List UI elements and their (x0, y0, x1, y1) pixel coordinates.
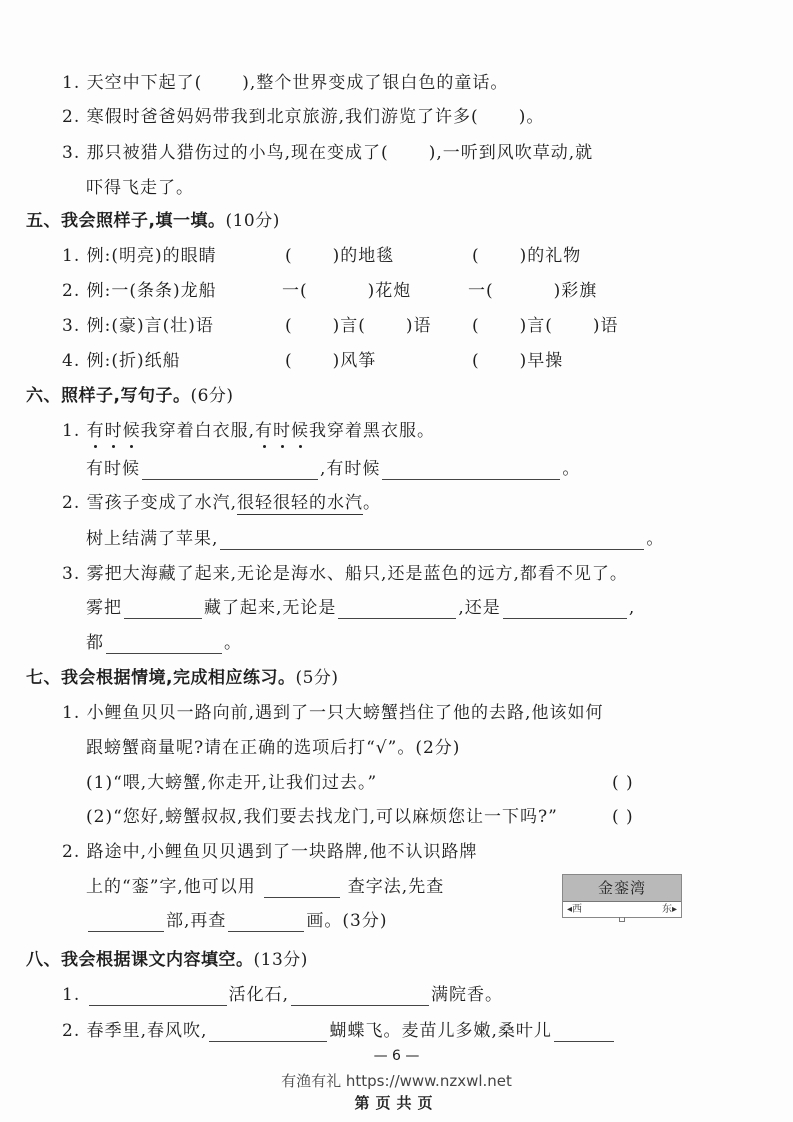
road-sign-name: 金銮湾 (563, 875, 681, 902)
page-info: 第页共页 (0, 1092, 793, 1113)
item-text: 我穿着黑衣服。 (309, 421, 435, 441)
part6-q3-answer-cont: 都。 (86, 632, 242, 654)
part5-row-2: 2. 例:一(条条)龙船 (62, 280, 217, 302)
emphasis-char: 时 (273, 420, 291, 442)
west-label: ◂西 (567, 902, 582, 917)
item-text: 查字法,先查 (348, 877, 444, 897)
watermark: 有渔有礼 https://www.nzxwl.net (0, 1070, 793, 1091)
part7-option-1: (1)“喂,大螃蟹,你走开,让我们过去。” (86, 772, 377, 794)
part5-row-2-b[interactable]: 一()彩旗 (468, 280, 597, 302)
item-text: 上的“銮”字,他可以用 (86, 877, 256, 897)
fill-text: )言( (333, 316, 366, 336)
fill-text: )语 (406, 316, 432, 336)
item-number: 2. (62, 107, 80, 127)
section-8-heading: 八、我会根据课文内容填空。(13分) (26, 949, 308, 971)
answer-line[interactable] (503, 600, 627, 619)
part7-option-2-checkbox[interactable]: ( ) (612, 806, 634, 828)
prompt-text: 都 (86, 633, 104, 653)
item-number: 2. (62, 493, 80, 513)
item-number: 1. (62, 73, 80, 93)
road-sign-directions: ◂西 东▸ (563, 902, 681, 917)
section-points: (13分) (254, 950, 308, 970)
item-text: 那只被猎人猎伤过的小鸟,现在变成了( (87, 143, 389, 163)
answer-line[interactable] (382, 461, 560, 480)
section-title: 五、我会照样子,填一填。 (26, 211, 225, 231)
part5-row-3: 3. 例:(豪)言(壮)语 (62, 315, 214, 337)
fill-text: )的礼物 (520, 246, 582, 266)
part7-q1-line2: 跟螃蟹商量呢?请在正确的选项后打“√”。(2分) (86, 737, 460, 759)
fill-text: )言( (520, 316, 553, 336)
part5-row-2-a[interactable]: 一()花炮 (282, 280, 411, 302)
item-text: 雪孩子变成了水汽, (87, 493, 237, 513)
prompt-text: 。 (646, 529, 664, 549)
item-number: 3. (62, 316, 80, 336)
fill-text: )早操 (520, 351, 564, 371)
section-title: 七、我会根据情境,完成相应练习。 (26, 668, 295, 688)
part5-row-3-a[interactable]: ()言()语 (285, 315, 432, 337)
item-text: 寒假时爸爸妈妈带我到北京旅游,我们游览了许多( (87, 107, 479, 127)
fill-text: )花炮 (368, 281, 412, 301)
part7-q2-line1: 2. 路途中,小鲤鱼贝贝遇到了一块路牌,他不认识路牌 (62, 841, 477, 863)
prompt-text: 树上结满了苹果, (86, 529, 218, 549)
section-5-heading: 五、我会照样子,填一填。(10分) (26, 210, 280, 232)
part7-option-2: (2)“您好,螃蟹叔叔,我们要去找龙门,可以麻烦您让一下吗?” (86, 806, 558, 828)
item-text: 。 (363, 493, 381, 513)
underlined-text: 很轻很轻的水汽 (237, 493, 363, 515)
emphasis-char: 候 (291, 420, 309, 442)
part5-row-3-b[interactable]: ()言()语 (472, 315, 619, 337)
page-number: — 6 — (0, 1048, 793, 1064)
emphasis-char: 有 (255, 420, 273, 442)
part6-q3-answer: 雾把藏了起来,无论是,还是, (86, 597, 635, 619)
item-text: 小鲤鱼贝贝一路向前,遇到了一只大螃蟹挡住了他的去路,他该如何 (87, 703, 604, 723)
example-text: 例:(豪)言(壮)语 (87, 316, 214, 336)
item-number: 3. (62, 143, 80, 163)
section-7-heading: 七、我会根据情境,完成相应练习。(5分) (26, 667, 339, 689)
part4-item-3: 3. 那只被猎人猎伤过的小鸟,现在变成了(),一听到风吹草动,就 (62, 142, 593, 164)
part6-q2: 2. 雪孩子变成了水汽,很轻很轻的水汽。 (62, 492, 381, 514)
answer-line[interactable] (209, 1023, 327, 1042)
answer-line[interactable] (291, 987, 429, 1006)
answer-line[interactable] (264, 879, 340, 898)
fill-text: )风筝 (333, 351, 377, 371)
example-text: 例:(明亮)的眼睛 (87, 246, 217, 266)
item-text: 满院香。 (431, 985, 503, 1005)
section-6-heading: 六、照样子,写句子。(6分) (26, 385, 234, 407)
item-text: 路途中,小鲤鱼贝贝遇到了一块路牌,他不认识路牌 (87, 842, 478, 862)
emphasis-char: 时 (105, 420, 123, 442)
item-number: 1. (62, 421, 80, 441)
fill-text: )语 (593, 316, 619, 336)
prompt-text: 藏了起来,无论是 (204, 598, 336, 618)
item-text: 天空中下起了( (87, 73, 203, 93)
example-text: 例:一(条条)龙船 (87, 281, 217, 301)
part8-q2: 2. 春季里,春风吹,蝴蝶飞。麦苗儿多嫩,桑叶儿 (62, 1020, 616, 1042)
part5-row-1-b[interactable]: ()的礼物 (472, 245, 581, 267)
prompt-text: 有时候 (86, 459, 140, 479)
answer-line[interactable] (554, 1023, 614, 1042)
prompt-text: , (629, 598, 635, 618)
answer-line[interactable] (220, 531, 644, 550)
part5-row-1: 1. 例:(明亮)的眼睛 (62, 245, 217, 267)
part6-q1-answer: 有时候,有时候。 (86, 458, 580, 480)
section-title: 六、照样子,写句子。 (26, 386, 190, 406)
prompt-text: 雾把 (86, 598, 122, 618)
item-text: )。 (519, 107, 545, 127)
section-points: (6分) (190, 386, 233, 406)
item-text: 画。(3分) (306, 911, 387, 931)
fill-text: 一( (468, 281, 494, 301)
part5-row-1-a[interactable]: ()的地毯 (285, 245, 394, 267)
item-text: 雾把大海藏了起来,无论是海水、船只,还是蓝色的远方,都看不见了。 (87, 564, 628, 584)
part4-item-2: 2. 寒假时爸爸妈妈带我到北京旅游,我们游览了许多()。 (62, 106, 544, 128)
part5-row-4-a[interactable]: ()风筝 (285, 350, 376, 372)
part7-q2-line3: 部,再查画。(3分) (86, 910, 388, 932)
answer-line[interactable] (89, 987, 227, 1006)
item-text: 蝴蝶飞。麦苗儿多嫩,桑叶儿 (329, 1021, 551, 1041)
part5-row-4: 4. 例:(折)纸船 (62, 350, 181, 372)
part5-row-4-b[interactable]: ()早操 (472, 350, 563, 372)
section-points: (5分) (295, 668, 338, 688)
answer-line[interactable] (88, 913, 164, 932)
item-text: 活化石, (229, 985, 289, 1005)
item-text: ),一听到风吹草动,就 (429, 143, 593, 163)
item-number: 4. (62, 351, 80, 371)
prompt-text: 。 (562, 459, 580, 479)
item-text: 春季里,春风吹, (87, 1021, 208, 1041)
part7-q1-line1: 1. 小鲤鱼贝贝一路向前,遇到了一只大螃蟹挡住了他的去路,他该如何 (62, 702, 603, 724)
road-sign-post (619, 917, 625, 922)
prompt-text: 。 (224, 633, 242, 653)
example-text: 例:(折)纸船 (87, 351, 181, 371)
section-title: 八、我会根据课文内容填空。 (26, 950, 254, 970)
fill-text: )彩旗 (554, 281, 598, 301)
answer-line[interactable] (142, 461, 318, 480)
part6-q1: 1. 有时候我穿着白衣服,有时候我穿着黑衣服。 (62, 420, 435, 442)
prompt-text: ,有时候 (320, 459, 380, 479)
item-number: 1. (62, 703, 80, 723)
item-number: 2. (62, 842, 80, 862)
part6-q3: 3. 雾把大海藏了起来,无论是海水、船只,还是蓝色的远方,都看不见了。 (62, 563, 628, 585)
east-label: 东▸ (662, 902, 677, 917)
part7-option-1-checkbox[interactable]: ( ) (612, 772, 634, 794)
emphasis-char: 有 (87, 420, 105, 442)
item-number: 2. (62, 281, 80, 301)
prompt-text: ,还是 (458, 598, 500, 618)
fill-text: 一( (282, 281, 308, 301)
item-number: 1. (62, 246, 80, 266)
item-text: ),整个世界变成了银白色的童话。 (242, 73, 508, 93)
answer-line[interactable] (338, 600, 456, 619)
road-sign-illustration: 金銮湾 ◂西 东▸ (562, 874, 682, 918)
item-number: 1. (62, 985, 80, 1005)
part6-q2-answer: 树上结满了苹果,。 (86, 528, 664, 550)
emphasis-char: 候 (123, 420, 141, 442)
answer-line[interactable] (106, 635, 222, 654)
item-number: 2. (62, 1021, 80, 1041)
part8-q1: 1. 活化石,满院香。 (62, 984, 503, 1006)
part4-item-1: 1. 天空中下起了(),整个世界变成了银白色的童话。 (62, 72, 508, 94)
part7-q2-line2: 上的“銮”字,他可以用查字法,先查 (86, 876, 444, 898)
section-points: (10分) (225, 211, 279, 231)
item-number: 3. (62, 564, 80, 584)
answer-line[interactable] (124, 600, 202, 619)
answer-line[interactable] (228, 913, 304, 932)
item-text: 部,再查 (166, 911, 226, 931)
item-text: 我穿着白衣服, (141, 421, 255, 441)
part4-item-3-cont: 吓得飞走了。 (86, 177, 194, 199)
fill-text: )的地毯 (333, 246, 395, 266)
